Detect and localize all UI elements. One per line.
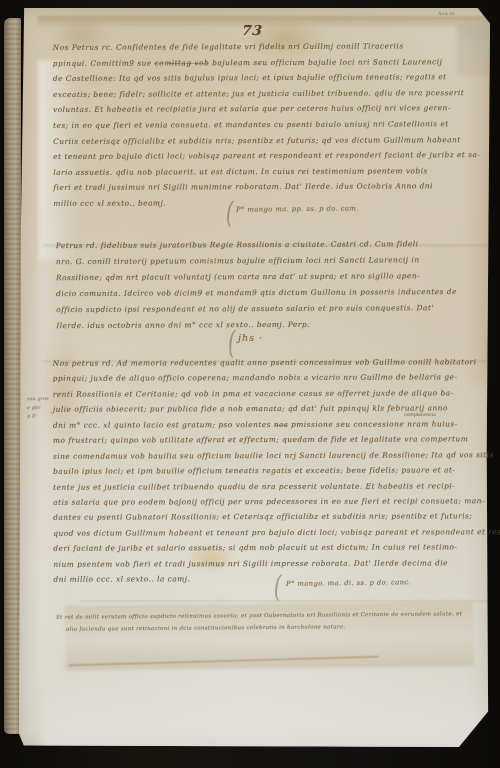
- blank-lower-area: [41, 672, 500, 750]
- manuscript-line: lario assuetis. qdiu nob placuerit. ut e…: [53, 166, 481, 183]
- manuscript-line: Nos Petrus rc. Confidentes de fide legal…: [53, 41, 481, 58]
- archivist-annotation: Aca lo: [438, 12, 455, 17]
- stain-top-edge: [38, 16, 500, 28]
- act2-text-block: Petrus rd. fidelibus suis juratoribus Re…: [56, 239, 480, 337]
- manuscript-line: dni m° ccc. xl quinto lacio est gratum; …: [53, 419, 483, 436]
- manuscript-line: sine comendamus vob bauilia seu officium…: [53, 450, 483, 467]
- act1-text-block: Nos Petrus rc. Confidentes de fide legal…: [53, 41, 482, 214]
- manuscript-line: et teneant pro bajulo dicti loci; vobisq…: [53, 150, 481, 167]
- manuscript-line: renti Rossilionis et Ceritanie; qd vob i…: [53, 388, 483, 405]
- manuscript-line: dantes cu psenti Gubnatori Rossilionis; …: [53, 512, 483, 529]
- crease-line: [79, 600, 499, 602]
- folio-number: 73: [241, 23, 263, 39]
- manuscript-line: bauilo ipius loci; et ipm bauilie offici…: [53, 465, 483, 482]
- marginal-note: con grose pbrp fr: [27, 397, 49, 423]
- book-spine-page-stack: [4, 18, 21, 734]
- manuscript-line: quod vos dictum Guillmum habeant et tene…: [53, 527, 483, 544]
- manuscript-line: exceatis; bene; fidelr; sollicite et att…: [53, 88, 481, 105]
- interlinear-addition: complacencia: [404, 413, 436, 418]
- manuscript-line: tes; in eo que fieri et venia consueta. …: [53, 119, 481, 136]
- manuscript-line: tente jus et justicia cuilibet tribuendo…: [53, 481, 483, 498]
- manuscript-line: deri faciant de juribz et salario assuet…: [53, 542, 483, 559]
- act3-text-block: Nos petrus rd. Ad memoria reducentes qua…: [53, 357, 484, 590]
- slip-edge-line: [69, 656, 379, 667]
- manuscript-line: ppinqui; juxde de aliquo officio coperen…: [53, 373, 483, 390]
- jhs-invocation-mark: jhs ·: [238, 333, 263, 344]
- manuscript-line: dni millio ccc. xl sexto.. la camj.: [53, 573, 483, 590]
- manuscript-line: voluntas. Et habeatis et recipiatis jura…: [53, 103, 481, 120]
- chancery-subscription-1: P° mango ma. pp. ss. p do. cam.: [236, 204, 359, 213]
- manuscript-line: de Castellione: Ita qd vos sitis bajulus…: [53, 72, 481, 89]
- manuscript-line: ppinqui. Comittim9 sue c̶o̶m̶i̶t̶t̶a̶g̶ …: [53, 57, 481, 74]
- manuscript-line: nium psentem vob fieri et tradi jussimus…: [53, 558, 483, 575]
- footnote-slip-text: St ret de milit verutam officio supdicto…: [56, 611, 462, 638]
- manuscript-line: atis salaria que pro eodem bajonij offic…: [53, 496, 483, 513]
- manuscript-line: e pbr: [27, 405, 49, 414]
- manuscript-line: Ilerde. idus octobris anno dni m° ccc xl…: [56, 319, 480, 337]
- manuscript-line: Curiis ceterisqz officialibz et subditis…: [53, 135, 481, 152]
- manuscript-line: Nos petrus rd. Ad memoria reducentes qua…: [53, 357, 483, 374]
- manuscript-line: fieri et tradi jussimus nri Sigilli muni…: [53, 181, 481, 198]
- manuscript-photo: Aca lo 73 Nos Petrus rc. Confidentes de …: [0, 0, 500, 768]
- manuscript-line: mo frustrari; quinpo vob utilitate affer…: [53, 434, 483, 451]
- manuscript-line: p fr: [27, 414, 49, 423]
